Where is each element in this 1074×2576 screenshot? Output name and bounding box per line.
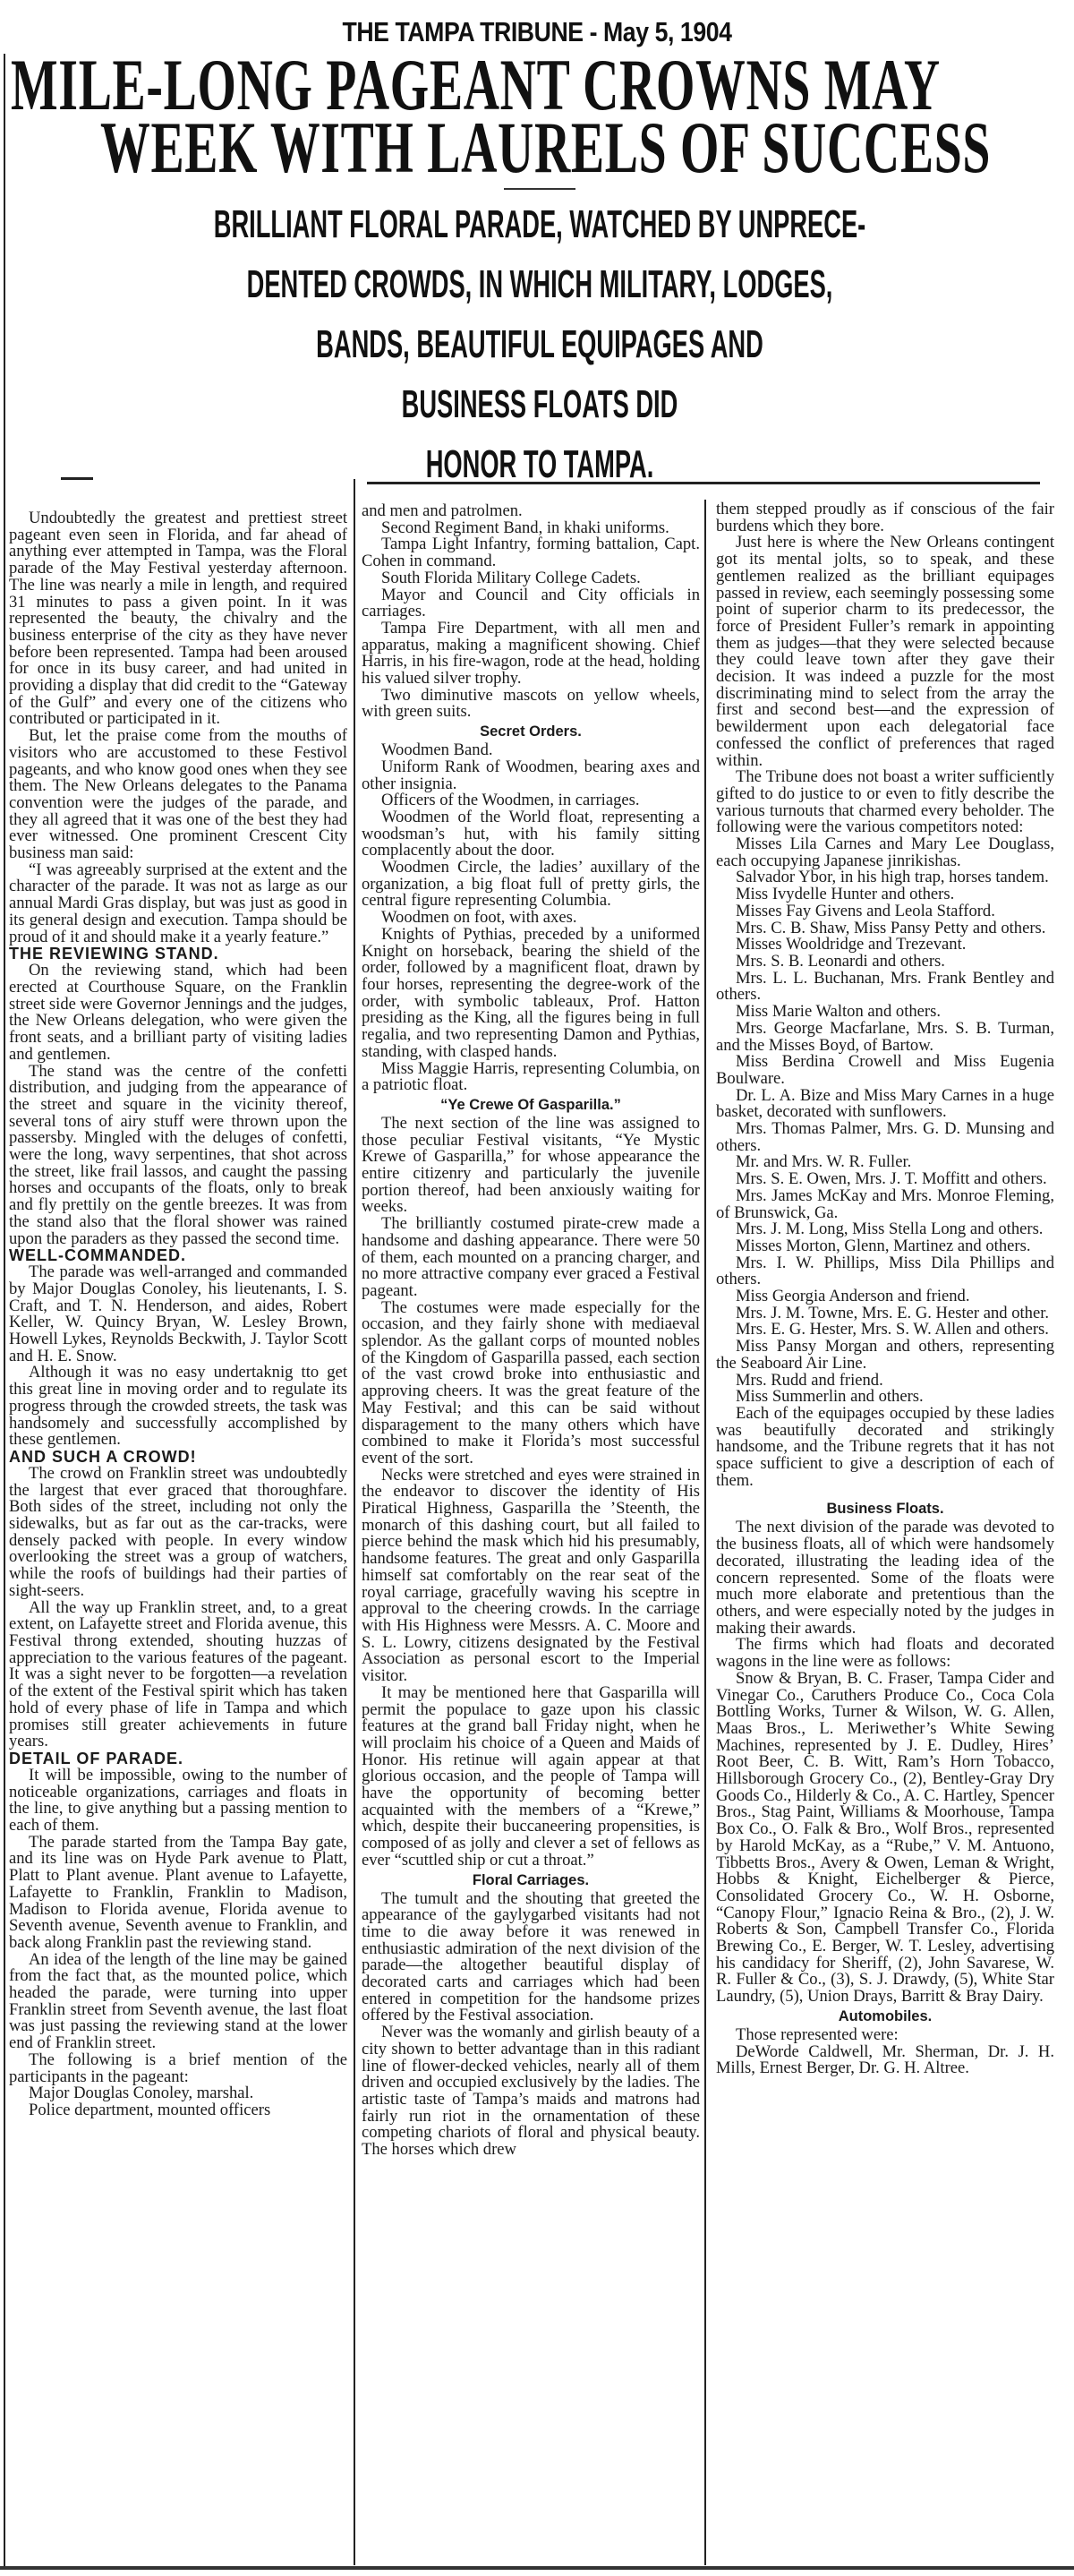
paragraph: them stepped proudly as if conscious of …: [716, 501, 1054, 535]
paragraph: The following is a brief mention of the …: [9, 2052, 347, 2085]
paragraph: Undoubtedly the greatest and prettiest s…: [9, 510, 347, 728]
paragraph: Necks were stretched and eyes were strai…: [362, 1468, 700, 1685]
subheading-floral-carriages: Floral Carriages.: [362, 1870, 700, 1891]
paragraph: Woodmen of the World float, representing…: [362, 809, 700, 860]
headline-block: MILE-LONG PAGEANT CROWNS MAY WEEK WITH L…: [7, 54, 1072, 490]
article-column-1: Undoubtedly the greatest and prettiest s…: [9, 510, 347, 2570]
paragraph: On the reviewing stand, which had been e…: [9, 963, 347, 1063]
article-column-2: and men and patrolmen. Second Regiment B…: [362, 503, 700, 2563]
paragraph: The brilliantly costumed pirate-crew mad…: [362, 1216, 700, 1300]
article-column-3: them stepped proudly as if conscious of …: [716, 501, 1054, 2435]
headline-line-2: WEEK WITH LAURELS OF SUCCESS: [100, 116, 761, 179]
subheading-secret-orders: Secret Orders.: [362, 721, 700, 742]
deck-line-3: BANDS, BEAUTIFUL EQUIPAGES AND: [209, 319, 870, 370]
paragraph: The tumult and the shouting that greeted…: [362, 1891, 700, 2025]
paragraph: The stand was the centre of the confetti…: [9, 1064, 347, 1248]
paragraph: It will be impossible, owing to the numb…: [9, 1767, 347, 1835]
competitor-entry: Misses Lila Carnes and Mary Lee Douglass…: [716, 836, 1054, 869]
competitor-list: Misses Lila Carnes and Mary Lee Douglass…: [716, 836, 1054, 1406]
paragraph: Tampa Fire Department, with all men and …: [362, 620, 700, 688]
paragraph: “I was agreeably surprised at the extent…: [9, 862, 347, 946]
paragraph: Knights of Pythias, preceded by a unifor…: [362, 927, 700, 1061]
subheading-business-floats: Business Floats.: [716, 1498, 1054, 1519]
paragraph: But, let the praise come from the mouths…: [9, 728, 347, 862]
paragraph: Those represented were:: [716, 2027, 1054, 2044]
paragraph: The next section of the line was assigne…: [362, 1116, 700, 1216]
paragraph: Never was the womanly and girlish beauty…: [362, 2024, 700, 2159]
paragraph: and men and patrolmen.: [362, 503, 700, 520]
paragraph: The firms which had floats and decorated…: [716, 1637, 1054, 1670]
competitor-entry: Mrs. S. B. Leonardi and others.: [716, 954, 1054, 971]
left-page-border: [4, 54, 5, 2570]
competitor-entry: Dr. L. A. Bize and Miss Mary Carnes in a…: [716, 1088, 1054, 1121]
competitor-entry: Mrs. I. W. Phillips, Miss Dila Phillips …: [716, 1255, 1054, 1288]
competitor-entry: Misses Morton, Glenn, Martinez and other…: [716, 1238, 1054, 1255]
paragraph: South Florida Military College Cadets.: [362, 570, 700, 587]
competitor-entry: Miss Pansy Morgan and others, representi…: [716, 1339, 1054, 1372]
paragraph: The parade was well-arranged and command…: [9, 1264, 347, 1365]
competitor-entry: Mrs. Thomas Palmer, Mrs. G. D. Munsing a…: [716, 1121, 1054, 1154]
subheading-crewe-of-gasparilla: “Ye Crewe Of Gasparilla.”: [362, 1094, 700, 1116]
paragraph: Although it was no easy undertaknig tto …: [9, 1365, 347, 1449]
paragraph: The crowd on Franklin street was undoubt…: [9, 1466, 347, 1600]
bottom-border: [0, 2566, 1074, 2570]
competitor-entry: Misses Fay Givens and Leola Stafford.: [716, 903, 1054, 920]
competitor-entry: Miss Berdina Crowell and Miss Eugenia Bo…: [716, 1054, 1054, 1087]
subheading-automobiles: Automobiles.: [716, 2006, 1054, 2027]
paragraph: Tampa Light Infantry, forming battalion,…: [362, 536, 700, 569]
column-divider-1: [354, 479, 355, 2565]
column-1-top-rule: [61, 477, 93, 480]
paragraph: An idea of the length of the line may be…: [9, 1952, 347, 2052]
competitor-entry: Miss Georgia Anderson and friend.: [716, 1288, 1054, 1305]
paragraph: Miss Maggie Harris, representing Columbi…: [362, 1061, 700, 1094]
paragraph: The costumes were made especially for th…: [362, 1300, 700, 1468]
paragraph: Snow & Bryan, B. C. Fraser, Tampa Cider …: [716, 1671, 1054, 2006]
paragraph: The Tribune does not boast a writer suff…: [716, 769, 1054, 836]
paragraph: Police department, mounted officers: [9, 2102, 347, 2119]
paragraph: Each of the equipages occupied by these …: [716, 1406, 1054, 1490]
deck-line-2: DENTED CROWDS, IN WHICH MILITARY, LODGES…: [209, 259, 870, 310]
competitor-entry: Miss Marie Walton and others.: [716, 1004, 1054, 1021]
competitor-entry: Mrs. George Macfarlane, Mrs. S. B. Turma…: [716, 1021, 1054, 1054]
paragraph: Two diminutive mascots on yellow wheels,…: [362, 688, 700, 721]
paragraph: All the way up Franklin street, and, to …: [9, 1600, 347, 1750]
paragraph: DeWorde Caldwell, Mr. Sherman, Dr. J. H.…: [716, 2044, 1054, 2077]
columns-2-3-top-rule: [367, 482, 1040, 484]
paragraph: Uniform Rank of Woodmen, bearing axes an…: [362, 759, 700, 792]
paragraph: The next division of the parade was devo…: [716, 1519, 1054, 1637]
deck-line-1: BRILLIANT FLORAL PARADE, WATCHED BY UNPR…: [209, 199, 870, 250]
deck-line-4: BUSINESS FLOATS DID: [209, 379, 870, 430]
deck-divider: [504, 188, 575, 190]
paragraph: Woodmen Circle, the ladies’ auxillary of…: [362, 860, 700, 910]
competitor-entry: Mrs. L. L. Buchanan, Mrs. Frank Bentley …: [716, 971, 1054, 1004]
paragraph: Just here is where the New Orleans conti…: [716, 535, 1054, 769]
paragraph: The parade started from the Tampa Bay ga…: [9, 1835, 347, 1952]
paragraph: Mayor and Council and City officials in …: [362, 587, 700, 620]
competitor-entry: Mrs. James McKay and Mrs. Monroe Fleming…: [716, 1188, 1054, 1221]
column-divider-2: [704, 500, 706, 2565]
paragraph: It may be mentioned here that Gasparilla…: [362, 1685, 700, 1870]
